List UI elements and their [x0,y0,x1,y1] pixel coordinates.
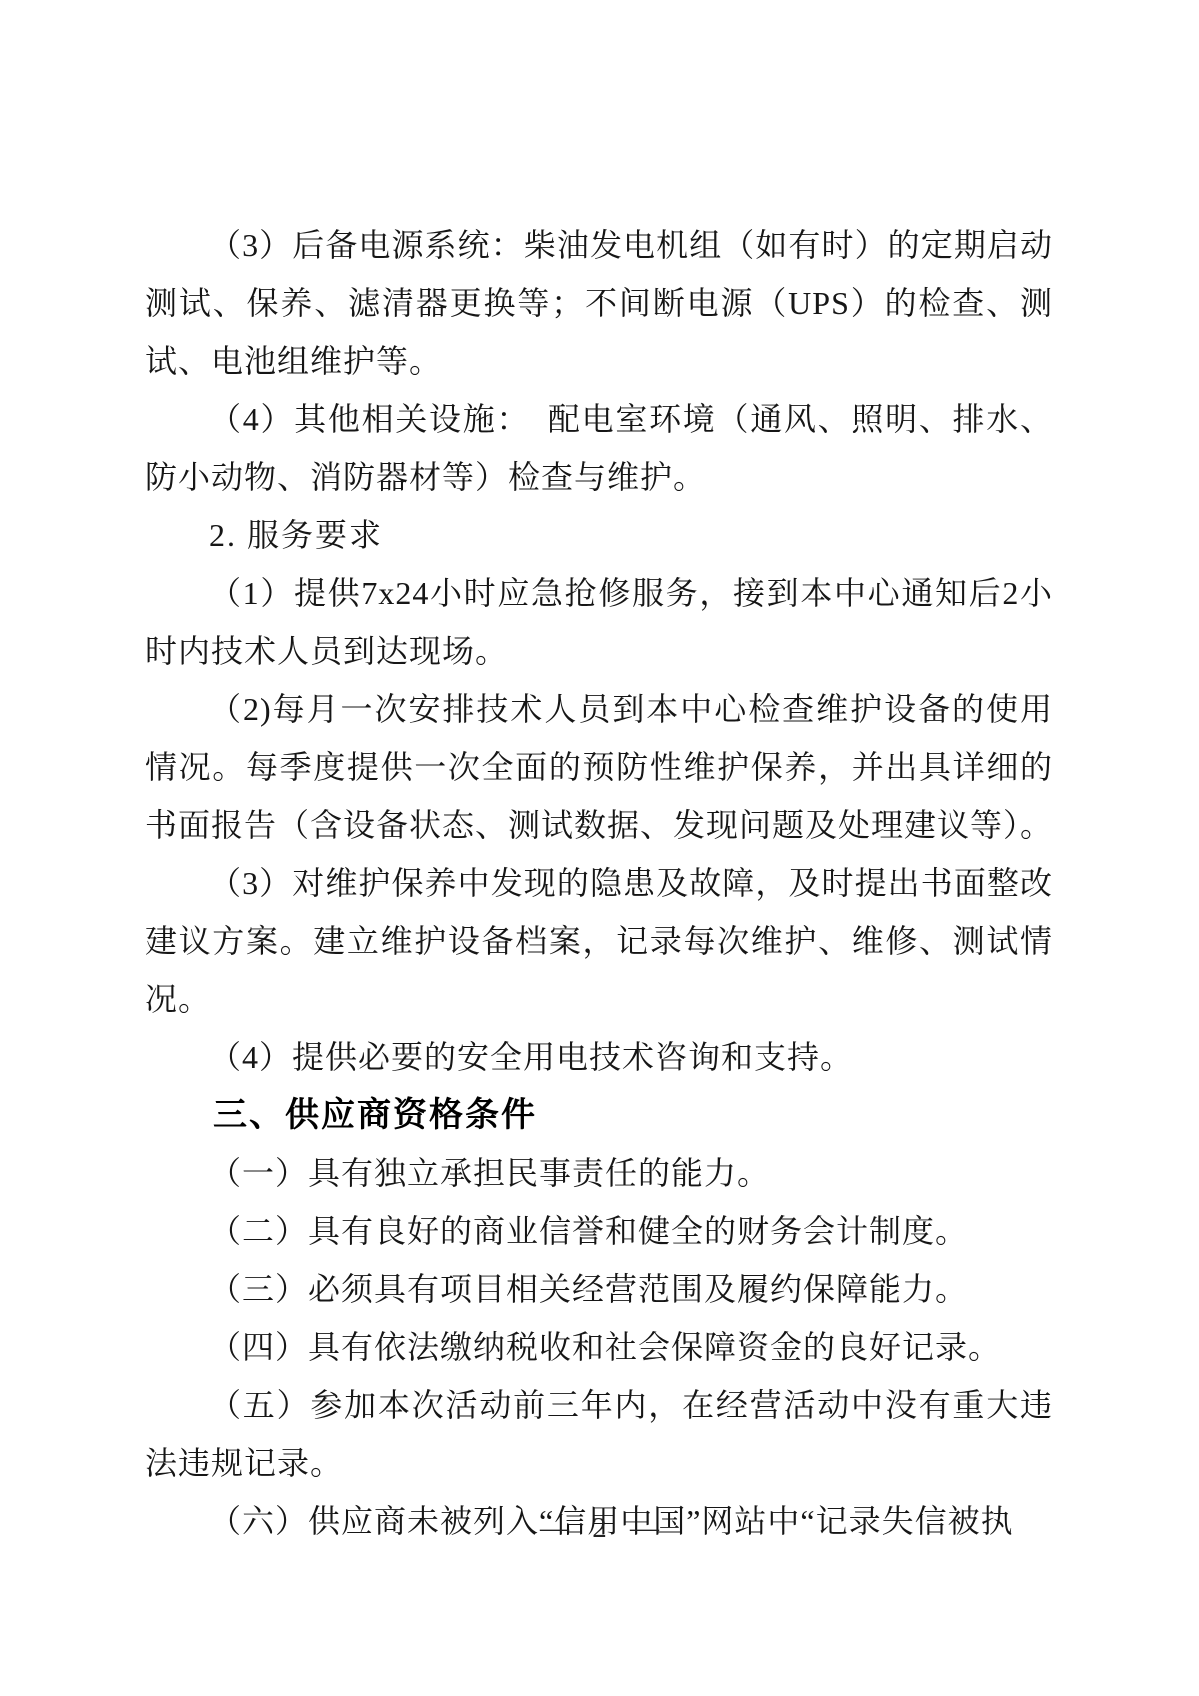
para-technical-support: （4）提供必要的安全用电技术咨询和支持。 [145,1028,1053,1086]
para-qualification-4: （四）具有依法缴纳税收和社会保障资金的良好记录。 [145,1318,1053,1376]
para-emergency-repair-service: （1）提供7x24小时应急抢修服务，接到本中心通知后2小时内技术人员到达现场。 [145,564,1053,680]
para-qualification-3: （三）必须具有项目相关经营范围及履约保障能力。 [145,1260,1053,1318]
document-body: （3）后备电源系统：柴油发电机组（如有时）的定期启动测试、保养、滤清器更换等；不… [145,216,1053,1550]
para-other-facilities: （4）其他相关设施： 配电室环境（通风、照明、排水、防小动物、消防器材等）检查与… [145,390,1053,506]
para-rectification-plan: （3）对维护保养中发现的隐患及故障，及时提出书面整改建议方案。建立维护设备档案，… [145,854,1053,1028]
heading-supplier-qualification: 三、供应商资格条件 [145,1086,1053,1144]
subheading-service-requirements: 2. 服务要求 [145,506,1053,564]
page-number: — 2 — [0,1512,1199,1545]
para-qualification-2: （二）具有良好的商业信誉和健全的财务会计制度。 [145,1202,1053,1260]
para-qualification-1: （一）具有独立承担民事责任的能力。 [145,1144,1053,1202]
para-backup-power-system: （3）后备电源系统：柴油发电机组（如有时）的定期启动测试、保养、滤清器更换等；不… [145,216,1053,390]
para-qualification-5: （五）参加本次活动前三年内，在经营活动中没有重大违法违规记录。 [145,1376,1053,1492]
para-monthly-inspection: （2)每月一次安排技术人员到本中心检查维护设备的使用情况。每季度提供一次全面的预… [145,680,1053,854]
